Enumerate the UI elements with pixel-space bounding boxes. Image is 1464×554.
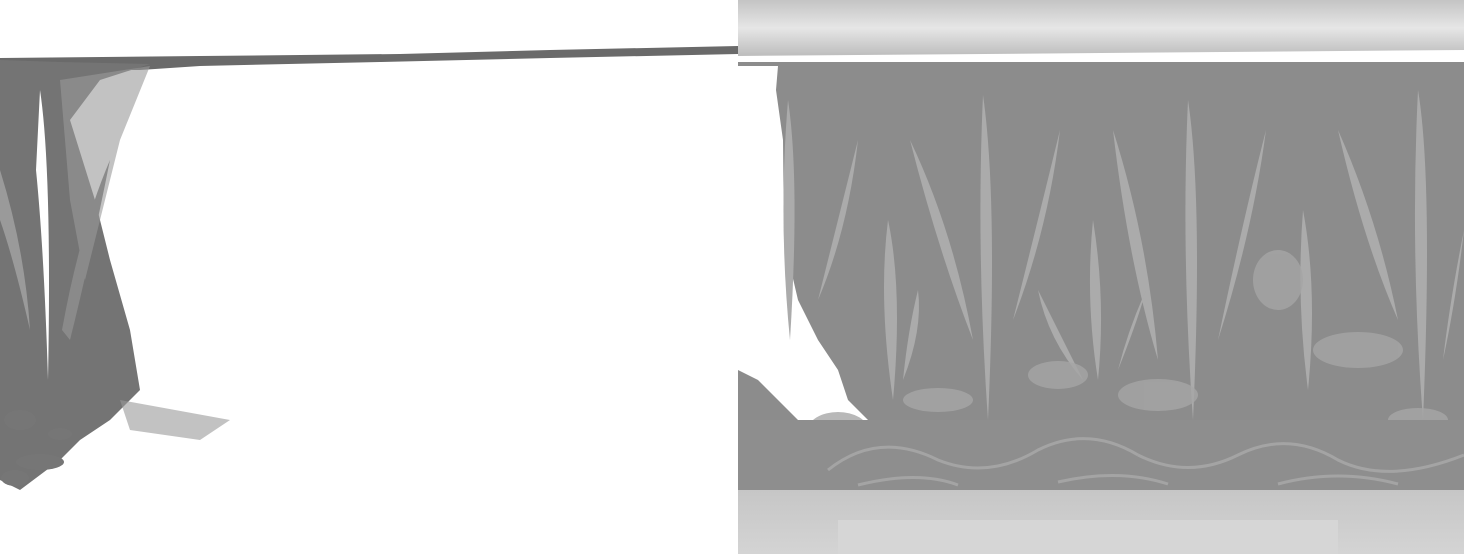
right-photo [738, 0, 1464, 554]
left-photo-image [0, 0, 738, 554]
left-photo [0, 0, 738, 554]
right-photo-image [738, 0, 1464, 554]
